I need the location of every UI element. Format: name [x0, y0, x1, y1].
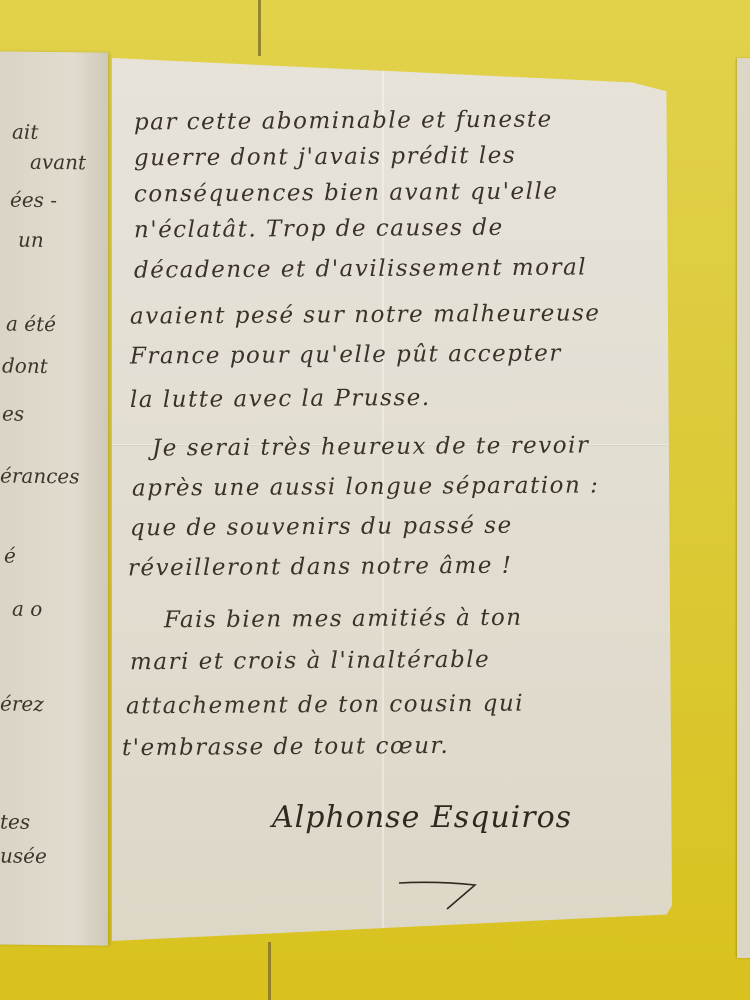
letter-line: t'embrasse de tout cœur. [122, 733, 449, 761]
letter-line: attachement de ton cousin qui [126, 691, 524, 720]
letter-line: France pour qu'elle pût accepter [130, 340, 562, 369]
letter-line: que de souvenirs du passé se [130, 513, 513, 542]
left-fragment: tes [0, 809, 30, 833]
left-fragment: es [2, 402, 24, 426]
left-fragment: érances [0, 463, 80, 488]
left-fragment: a été [6, 312, 56, 337]
binding-thread-bottom [268, 942, 271, 1000]
letter-page: par cette abominable et funeste guerre d… [112, 56, 672, 941]
left-fragment: un [18, 228, 44, 252]
left-fragment: dont [2, 354, 48, 378]
letter-line: n'éclatât. Trop de causes de [134, 215, 504, 244]
letter-line: après une aussi longue séparation : [132, 472, 600, 501]
letter-line: par cette abominable et funeste [134, 107, 553, 136]
letter-line: la lutte avec la Prusse. [130, 385, 431, 413]
left-fragment: usée [0, 843, 47, 867]
letter-line: décadence et d'avilissement moral [134, 254, 587, 283]
left-fragment: a o [12, 597, 42, 621]
left-fragment: ées - [10, 188, 57, 212]
signature: Alphonse Esquiros [272, 800, 572, 835]
left-fragment: ait [12, 120, 38, 144]
letter-line: réveilleront dans notre âme ! [128, 553, 513, 582]
letter-line: avaient pesé sur notre malheureuse [130, 300, 601, 329]
letter-line: mari et crois à l'inaltérable [130, 647, 490, 676]
letter-line: Je serai très heureux de te revoir [152, 432, 590, 461]
left-fragment: érez [0, 691, 44, 715]
letter-line: conséquences bien avant qu'elle [134, 179, 559, 208]
letter-line: Fais bien mes amitiés à ton [164, 605, 523, 634]
signature-flourish-icon [397, 871, 487, 911]
left-fragment: é [4, 544, 16, 568]
left-fragment: avant [30, 150, 86, 175]
letter-line: guerre dont j'avais prédit les [134, 143, 516, 172]
binding-thread-top [258, 0, 261, 56]
left-page: ait avant ées - un a été dont es érances… [0, 51, 108, 945]
right-page-edge [737, 58, 750, 958]
